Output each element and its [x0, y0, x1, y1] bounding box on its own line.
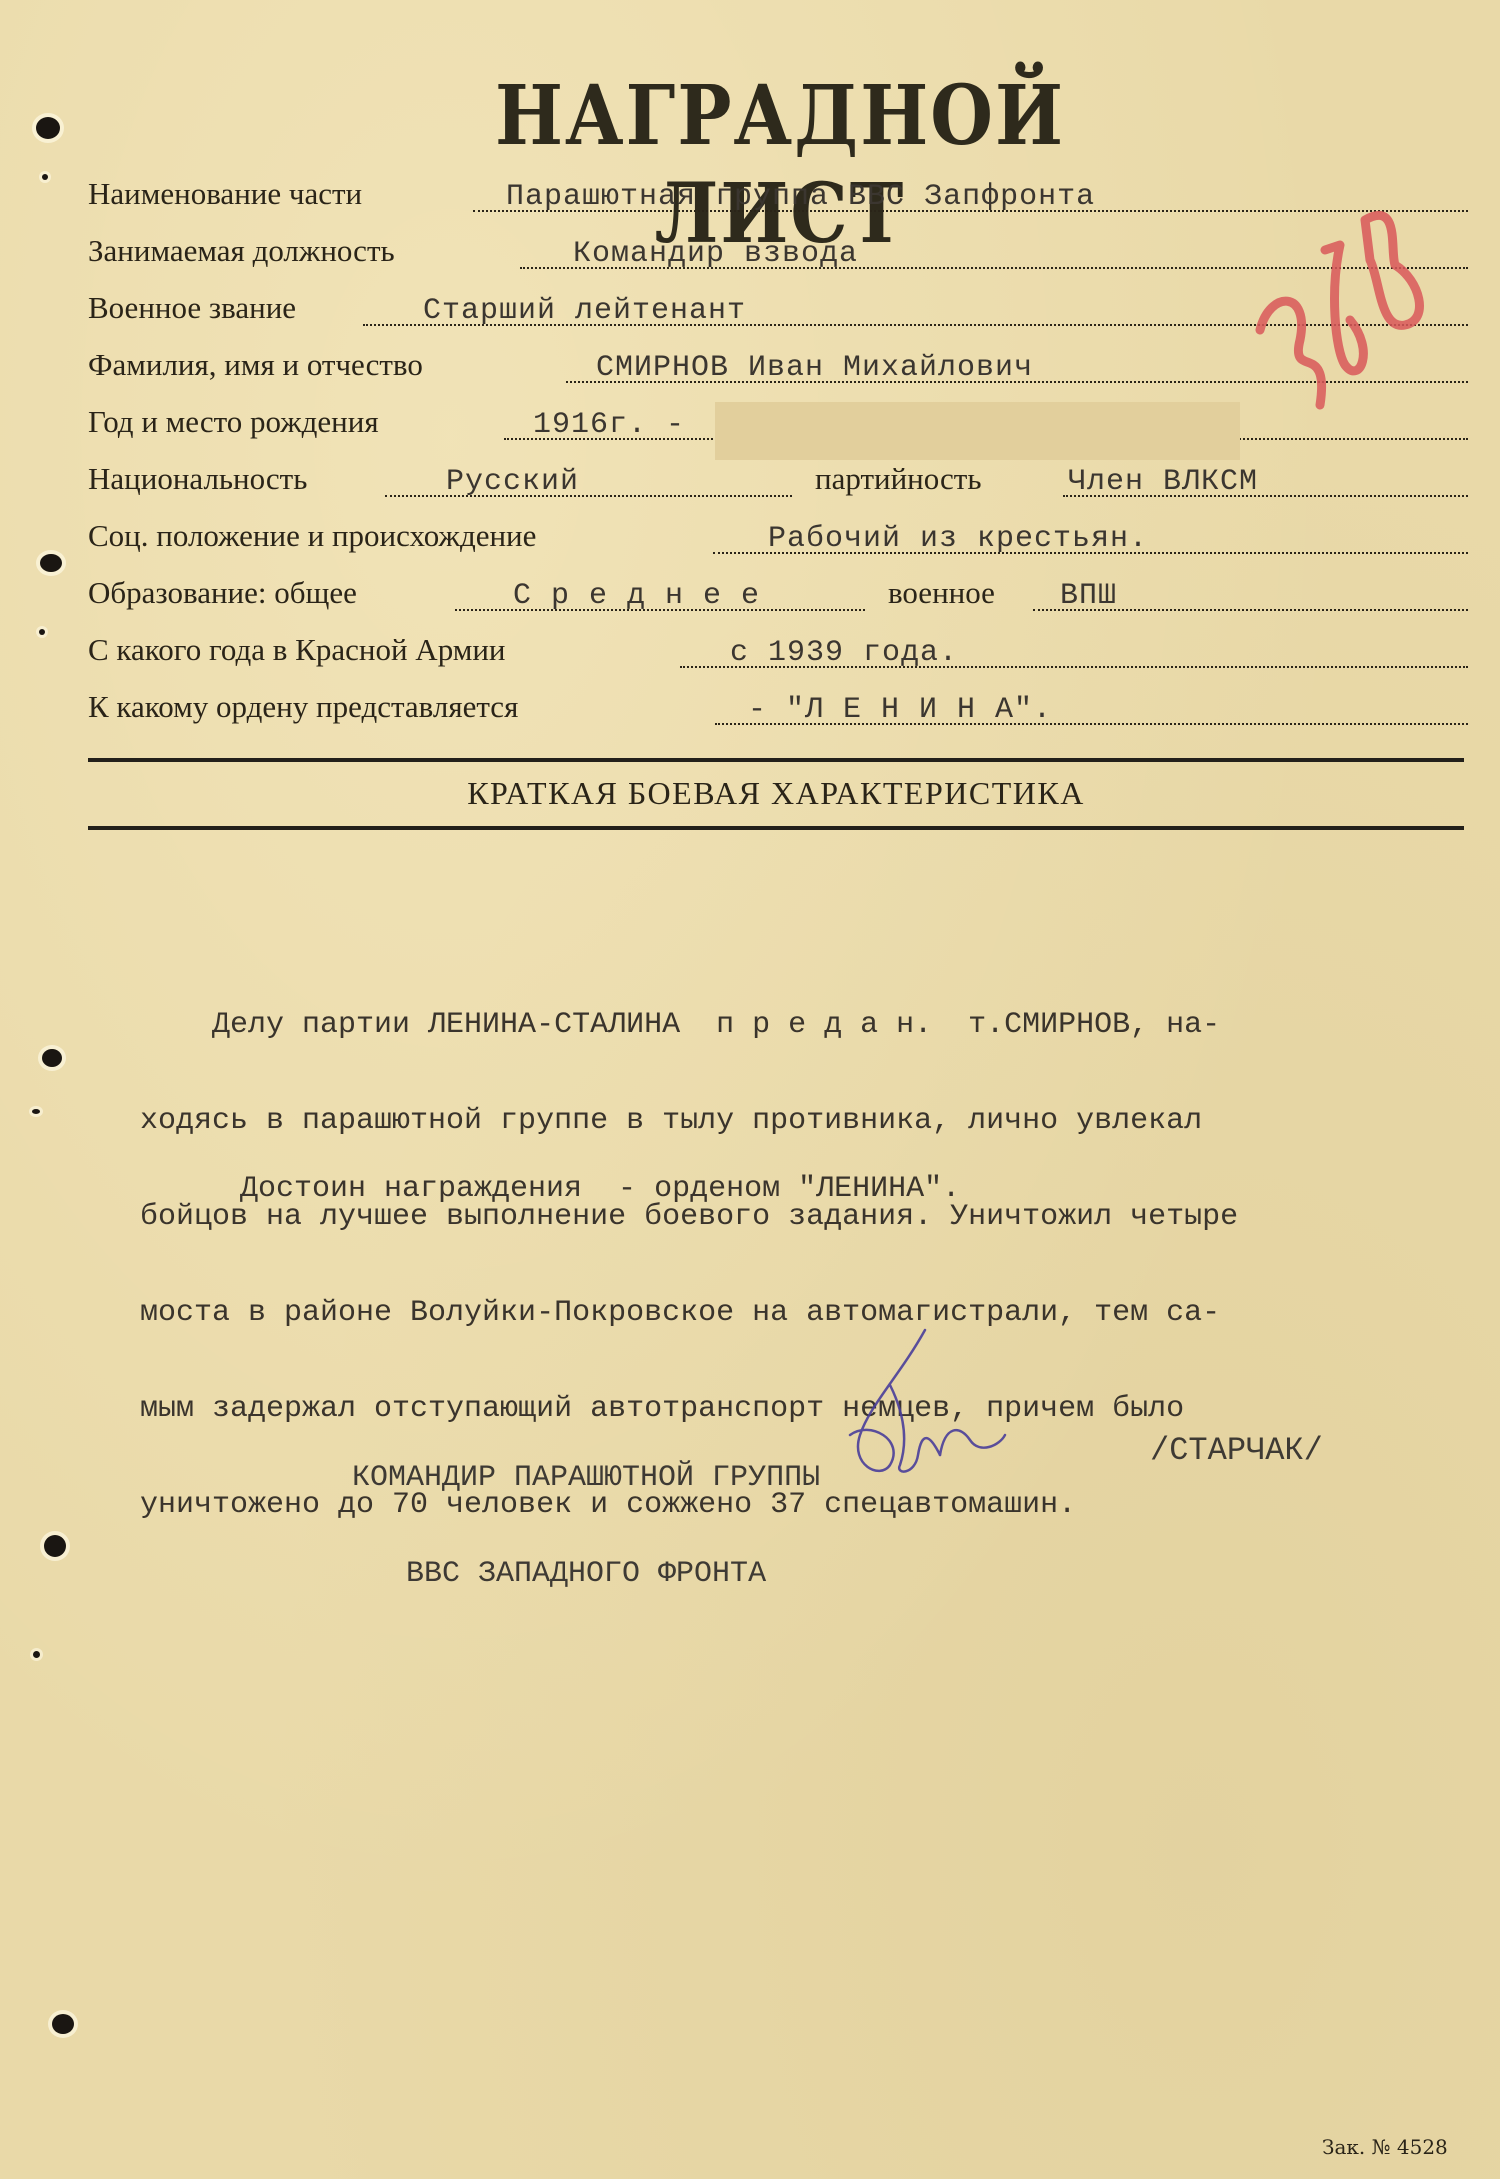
- field-label: Национальность: [88, 461, 307, 497]
- field-value: с 1939 года.: [730, 636, 958, 670]
- field-label: С какого года в Красной Армии: [88, 632, 506, 668]
- field-label: Соц. положение и происхождение: [88, 518, 536, 554]
- text-line: моста в районе Волуйки-Покровское на авт…: [140, 1297, 1470, 1329]
- signatory-title-line: КОМАНДИР ПАРАШЮТНОЙ ГРУППЫ: [352, 1462, 820, 1494]
- field-value: С р е д н е е: [513, 579, 760, 613]
- field-value-party: Член ВЛКСМ: [1068, 465, 1258, 499]
- field-value: Парашютная группа ВВС Запфронта: [506, 180, 1095, 214]
- section-divider-top: [88, 758, 1464, 762]
- field-label: Военное звание: [88, 290, 296, 326]
- hole-punch: [32, 1109, 40, 1114]
- field-value: 1916г. -: [533, 408, 685, 442]
- field-value: Старший лейтенант: [423, 294, 746, 328]
- field-social: Соц. положение и происхождение Рабочий и…: [88, 520, 1468, 560]
- field-value-military: ВПШ: [1060, 579, 1117, 613]
- field-label: Фамилия, имя и отчество: [88, 347, 423, 383]
- document-title: НАГРАДНОЙ ЛИСТ: [420, 66, 1140, 262]
- hole-punch: [42, 1049, 62, 1067]
- field-label: Образование: общее: [88, 575, 357, 611]
- signatory-title-line: ВВС ЗАПАДНОГО ФРОНТА: [352, 1558, 820, 1590]
- signatory-title: КОМАНДИР ПАРАШЮТНОЙ ГРУППЫ ВВС ЗАПАДНОГО…: [352, 1398, 820, 1622]
- hole-punch: [42, 174, 48, 180]
- field-label: Год и место рождения: [88, 404, 379, 440]
- hole-punch: [33, 1651, 40, 1658]
- field-label-party: партийность: [815, 461, 981, 497]
- field-value: Рабочий из крестьян.: [768, 522, 1148, 556]
- field-value: - "Л Е Н И Н А".: [748, 693, 1052, 727]
- field-value: СМИРНОВ Иван Михайлович: [596, 351, 1033, 385]
- field-label: К какому ордену представляется: [88, 689, 518, 725]
- signatory-name: /СТАРЧАК/: [1150, 1432, 1323, 1469]
- hole-punch: [52, 2014, 74, 2034]
- handwritten-signature-icon: [830, 1325, 1030, 1485]
- section-divider-bottom: [88, 826, 1464, 830]
- hole-punch: [44, 1535, 66, 1557]
- hole-punch: [39, 629, 45, 635]
- hole-punch: [36, 117, 60, 139]
- text-line: Делу партии ЛЕНИНА-СТАЛИНА п р е д а н. …: [140, 1009, 1470, 1041]
- field-nationality: Национальность Русский партийность Член …: [88, 463, 1468, 503]
- order-number: Зак. № 4528: [1322, 2135, 1448, 2159]
- field-education: Образование: общее С р е д н е е военное…: [88, 577, 1468, 617]
- field-label: Занимаемая должность: [88, 233, 395, 269]
- field-army-since: С какого года в Красной Армии с 1939 год…: [88, 634, 1468, 674]
- section-heading: КРАТКАЯ БОЕВАЯ ХАРАКТЕРИСТИКА: [88, 775, 1464, 812]
- text-line: ходясь в парашютной группе в тылу против…: [140, 1105, 1470, 1137]
- field-award: К какому ордену представляется - "Л Е Н …: [88, 691, 1468, 731]
- field-value: Русский: [446, 465, 579, 499]
- hole-punch: [40, 554, 62, 572]
- award-conclusion: Достоин награждения - орденом "ЛЕНИНА".: [240, 1172, 960, 1206]
- field-label-military: военное: [888, 575, 995, 611]
- field-label: Наименование части: [88, 176, 362, 212]
- red-pencil-note-icon: 368: [1230, 190, 1450, 420]
- field-value: Командир взвода: [573, 237, 858, 271]
- redacted-birthplace: [715, 402, 1240, 460]
